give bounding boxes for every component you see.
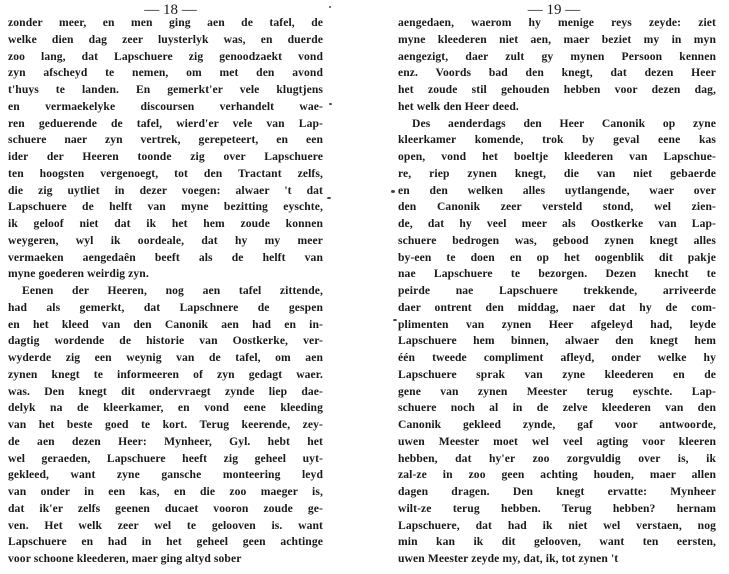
text-line: uwen Meester zeyde my, dat, ik, tot zyne… xyxy=(398,551,716,568)
text-line: wyderde zig een weynig van de tafel, om … xyxy=(8,350,323,367)
text-line: by-een te doen en op het oogenblik dit p… xyxy=(398,250,716,267)
text-line: wilt-ze terug hebben. Terug hebben? hern… xyxy=(398,501,716,518)
text-line: Canonik gekleed zynde, gaf voor antwoord… xyxy=(398,417,716,434)
text-line: Lapschuere en had in het geheel geen ach… xyxy=(8,534,323,551)
text-line: delyk na de kleerkamer, en vond eene kle… xyxy=(8,400,323,417)
left-page: — 18 — zonder meer, en men ging aen de t… xyxy=(8,0,323,574)
text-line: en het kleed van den Canonik aen had en … xyxy=(8,317,323,334)
scan-speck xyxy=(391,190,395,193)
text-line: Lapschuere, dat had ik niet wel verstaen… xyxy=(398,518,716,535)
text-line: was. Den knegt dit ondervraegt zynde lie… xyxy=(8,384,323,401)
text-line: van het beste goed te kort. Terug keeren… xyxy=(8,417,323,434)
text-line: ven. Het welk zeer wel te gelooven is. w… xyxy=(8,518,323,535)
text-line: zynen knegt te informeeren of zyn gedagt… xyxy=(8,367,323,384)
text-line: aengedaen, waerom hy menige reys zeyde: … xyxy=(398,15,716,32)
text-line: schuere bedrogen was, gebood zynen knegt… xyxy=(398,233,716,250)
scan-speck xyxy=(327,197,331,199)
text-line: hebben, dat hy'er zoo zorgvuldig over is… xyxy=(398,451,716,468)
text-line: weygeren, wyl ik oordeale, dat hy my mee… xyxy=(8,233,323,250)
text-line: t'huys te landen. En gemerkt'er vele klu… xyxy=(8,82,323,99)
text-line: ren geduerende de tafel, wierd'er vele v… xyxy=(8,116,323,133)
text-line: zyn afscheyd te nemen, om met den avond xyxy=(8,65,323,82)
text-line: uwen Meester moet wel veel agting voor k… xyxy=(398,434,716,451)
text-line: ik geloof niet dat ik het hem zoude konn… xyxy=(8,216,323,233)
scan-speck xyxy=(329,103,332,105)
text-line: gekleed, want zyne gansche monteering le… xyxy=(8,467,323,484)
text-line: de aen dezen Heer: Mynheer, Gyl. hebt he… xyxy=(8,434,323,451)
page-text: aengedaen, waerom hy menige reys zeyde: … xyxy=(398,15,716,568)
text-line: zal-ze in zoo geen achting houden, maer … xyxy=(398,467,716,484)
text-line: zonder meer, en men ging aen de tafel, d… xyxy=(8,15,323,32)
text-line: Eenen der Heeren, nog aen tafel zittende… xyxy=(8,283,323,300)
text-line: zoo lang, dat Lapschuere zig genoodzaekt… xyxy=(8,49,323,66)
text-line: ider der Heeren toonde zig over Lapschue… xyxy=(8,149,323,166)
text-line: de, dat hy veel meer als Oostkerke van L… xyxy=(398,216,716,233)
right-page: — 19 — aengedaen, waerom hy menige reys … xyxy=(398,0,716,574)
text-line: Lapschuere de helft van myne bezitting e… xyxy=(8,199,323,216)
text-line: schuere naer zyn vertrek, gerepeteert, e… xyxy=(8,132,323,149)
text-line: wel geraeden, Lapschuere heeft zig gehee… xyxy=(8,451,323,468)
text-line: het zoude stil gehouden hebben voor deze… xyxy=(398,82,716,99)
text-line: voor schoone kleederen, maer ging altyd … xyxy=(8,551,323,568)
text-line: min kan ik dit gelooven, want ten eerste… xyxy=(398,534,716,551)
text-line: en den welken alles uytlangende, waer ov… xyxy=(398,183,716,200)
text-line: één tweede compliment afleyd, onder welk… xyxy=(398,350,716,367)
text-line: dagtig wordende de historie van Oostkerk… xyxy=(8,333,323,350)
text-line: myne goederen weirdig zyn. xyxy=(8,266,323,283)
scan-speck xyxy=(393,319,397,321)
text-line: van onder in een kas, en die zoo maeger … xyxy=(8,484,323,501)
text-line: open, vond het boeltje kleederen van Lap… xyxy=(398,149,716,166)
text-line: den Canonik zeer versteld stond, wel zie… xyxy=(398,199,716,216)
text-line: peirde nae Lapschuere trekkende, arrivee… xyxy=(398,283,716,300)
text-line: Des aenderdags den Heer Canonik op zyne xyxy=(398,116,716,133)
text-line: daer ontrent den middag, naer dat hy de … xyxy=(398,300,716,317)
text-line: en vermaekelyke discoursen verhandelt wa… xyxy=(8,99,323,116)
text-line: plimenten van zynen Heer afgeleyd had, l… xyxy=(398,317,716,334)
text-line: re, riep zynen knegt, die van niet gebae… xyxy=(398,166,716,183)
text-line: vermaeken aengedaên beeft als de helft v… xyxy=(8,250,323,267)
text-line: dat ik'er zelfs geenen ducaet vooron zou… xyxy=(8,501,323,518)
text-line: Lapschuere hem binnen, alwaer den knegt … xyxy=(398,333,716,350)
page-text: zonder meer, en men ging aen de tafel, d… xyxy=(8,15,323,568)
text-line: had als gemerkt, dat Lapschnere de gespe… xyxy=(8,300,323,317)
text-line: myne kleederen niet aen, maer beziet my … xyxy=(398,32,716,49)
text-line: ten hoogsten vergenoegt, tot den Tractan… xyxy=(8,166,323,183)
text-line: nae Lapschuere te bezorgen. Dezen knecht… xyxy=(398,266,716,283)
text-line: schuere noch al in de zelve kleederen va… xyxy=(398,400,716,417)
text-line: aengezigt, daer zult gy mynen Persoon ke… xyxy=(398,49,716,66)
text-line: het welk den Heer deed. xyxy=(398,99,716,116)
text-line: kleerkamer komende, trok by geval eene k… xyxy=(398,132,716,149)
text-line: gene van zynen Meester terug eyschte. La… xyxy=(398,384,716,401)
text-line: enz. Voords bad den knegt, dat dezen Hee… xyxy=(398,65,716,82)
text-line: welke dien dag zeer luysterlyk was, en d… xyxy=(8,32,323,49)
text-line: dagen dragen. Den knegt ervatte: Mynheer xyxy=(398,484,716,501)
text-line: Lapschuere sprak van zyne kleederen en d… xyxy=(398,367,716,384)
text-line: die zig uytliet in dezer voegen: alwaer … xyxy=(8,183,323,200)
scan-speck xyxy=(329,6,331,8)
